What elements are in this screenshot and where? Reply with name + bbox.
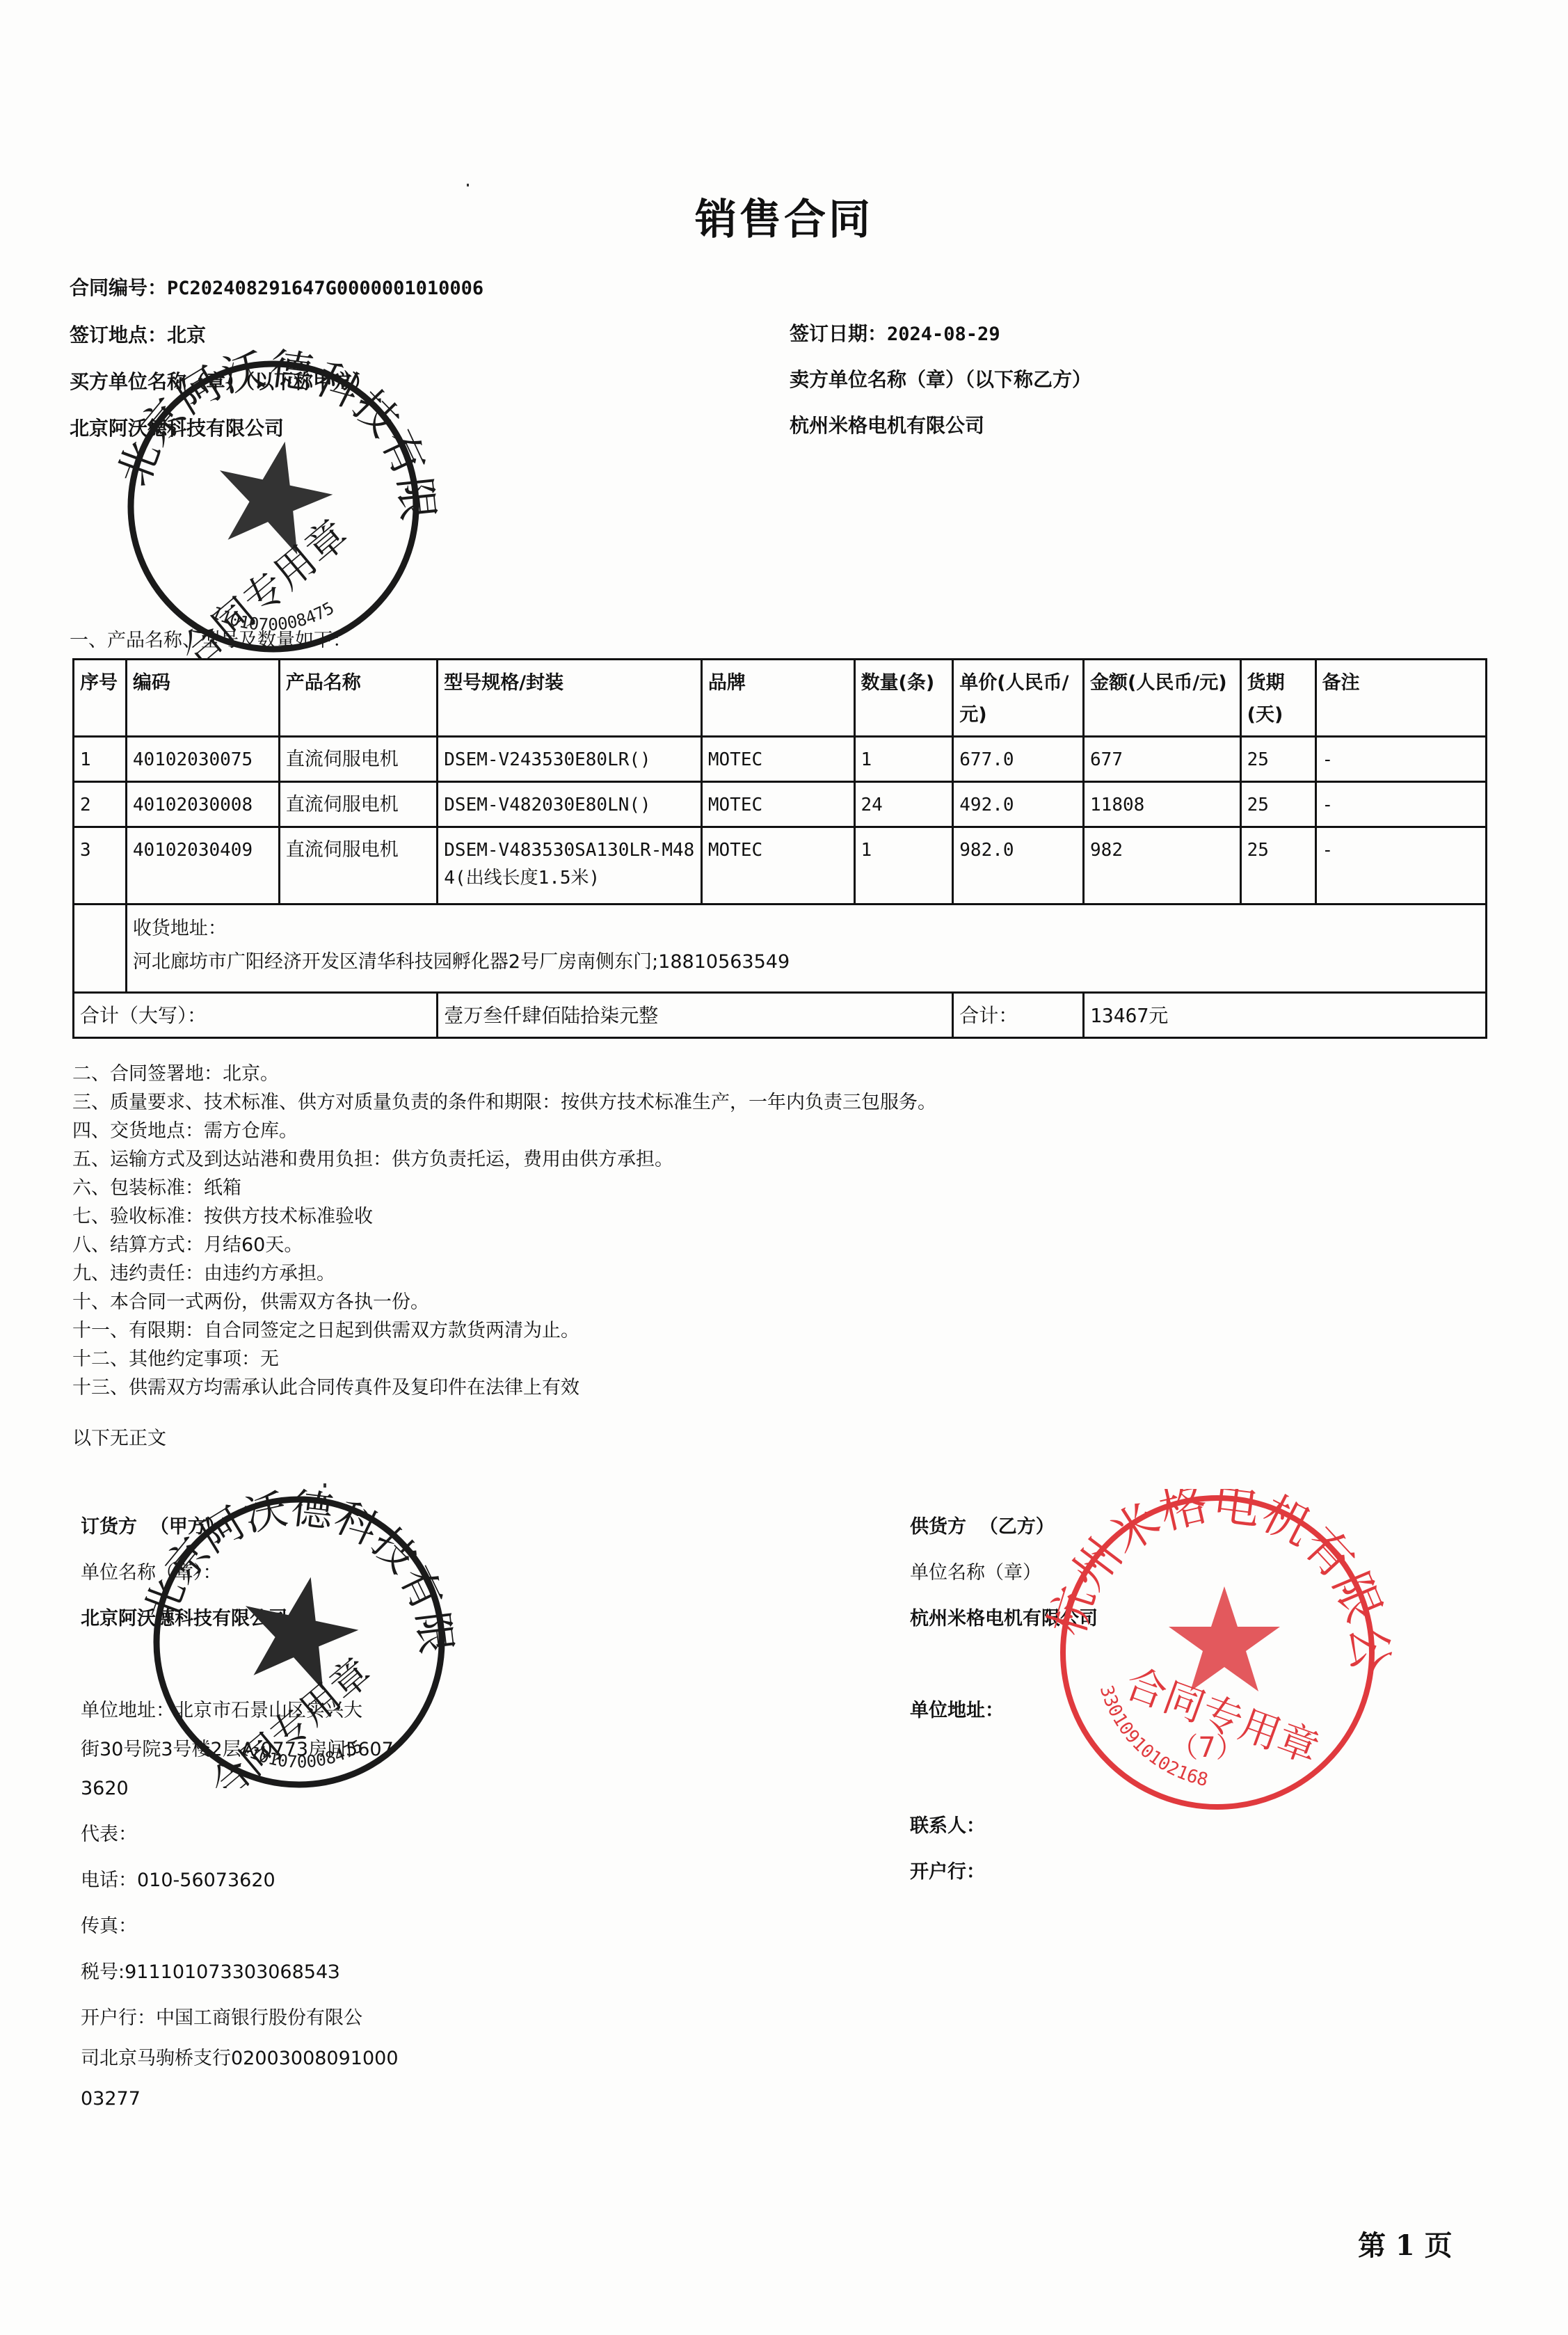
cell-brand: MOTEC <box>701 827 854 904</box>
cell-amount: 677 <box>1084 737 1241 782</box>
buyer-tax-label: 税号: <box>81 1961 125 1983</box>
delivery-address-row: 收货地址： 河北廊坊市广阳经济开发区清华科技园孵化器2号厂房南侧东门;18810… <box>74 904 1487 993</box>
clause-4: 四、交货地点：需方仓库。 <box>72 1117 936 1145</box>
cell-amount: 982 <box>1084 827 1241 904</box>
total-amount: 13467元 <box>1084 993 1487 1038</box>
buyer-rep-label: 代表： <box>81 1812 399 1858</box>
sign-date: 2024-08-29 <box>887 324 1000 345</box>
clause-9: 九、违约责任：由违约方承担。 <box>72 1259 936 1288</box>
buyer-unit-name: 北京阿沃德科技有限公司 <box>81 1596 399 1642</box>
clause-3: 三、质量要求、技术标准、供方对质量负责的条件和期限：按供方技术标准生产，一年内负… <box>72 1088 936 1117</box>
end-of-text-note: 以下无正文 <box>72 1423 166 1450</box>
contract-number-row: 合同编号：PC20240829164​7G0000001010006 <box>70 273 483 301</box>
sign-place-row: 签订地点：北京 <box>70 320 206 348</box>
contract-clauses: 二、合同签署地：北京。 三、质量要求、技术标准、供方对质量负责的条件和期限：按供… <box>72 1060 936 1402</box>
table-header-row: 序号 编码 产品名称 型号规格/封装 品牌 数量(条) 单价(人民币/元) 金额… <box>74 660 1487 737</box>
total-upper-label: 合计（大写）： <box>74 993 438 1038</box>
clause-10: 十、本合同一式两份，供需双方各执一份。 <box>72 1288 936 1316</box>
sign-date-row: 签订日期：2024-08-29 <box>790 319 1000 346</box>
clause-13: 十三、供需双方均需承认此合同传真件及复印件在法律上有效 <box>72 1373 936 1402</box>
cell-lead-days: 25 <box>1240 737 1315 782</box>
contract-number-label: 合同编号： <box>70 276 167 299</box>
col-header-qty: 数量(条) <box>854 660 953 737</box>
cell-name: 直流伺服电机 <box>279 827 437 904</box>
speck <box>467 184 469 186</box>
cell-lead-days: 25 <box>1240 782 1315 827</box>
cell-remark: - <box>1315 737 1486 782</box>
col-header-amount: 金额(人民币/元) <box>1084 660 1241 737</box>
col-header-unit-price: 单价(人民币/元) <box>953 660 1084 737</box>
clause-2: 二、合同签署地：北京。 <box>72 1060 936 1088</box>
clause-7: 七、验收标准：按供方技术标准验收 <box>72 1202 936 1231</box>
buyer-address-line1: 北京市石景山区实兴大 <box>175 1700 362 1721</box>
cell-unit-price: 492.0 <box>953 782 1084 827</box>
delivery-address-label: 收货地址： <box>133 912 1481 946</box>
seller-bank-label: 开户行： <box>910 1849 1098 1895</box>
buyer-bank-line3: 03277 <box>81 2076 399 2122</box>
buyer-address-label: 单位地址： <box>81 1700 175 1721</box>
table-row: 1 40102030075 直流伺服电机 DSEM-V243530E80LR()… <box>74 737 1487 782</box>
sign-date-label: 签订日期： <box>790 322 887 345</box>
cell-code: 40102030008 <box>126 782 279 827</box>
buyer-phone: 电话：010-56073620 <box>81 1858 399 1904</box>
clause-5: 五、运输方式及到达站港和费用负担：供方负责托运，费用由供方承担。 <box>72 1145 936 1174</box>
col-header-model: 型号规格/封装 <box>438 660 702 737</box>
sign-place: 北京 <box>167 324 206 346</box>
clause-6: 六、包装标准：纸箱 <box>72 1174 936 1202</box>
cell-no: 1 <box>74 737 127 782</box>
seller-unit-name-label: 单位名称（章） <box>910 1550 1098 1596</box>
speck <box>323 1483 326 1488</box>
cell-qty: 1 <box>854 737 953 782</box>
delivery-address-cell: 收货地址： 河北廊坊市广阳经济开发区清华科技园孵化器2号厂房南侧东门;18810… <box>126 904 1486 993</box>
total-label: 合计： <box>953 993 1084 1038</box>
cell-model: DSEM-V243530E80LR() <box>438 737 702 782</box>
buyer-bank-label: 开户行： <box>81 2007 156 2029</box>
contract-number: PC20240829164​7G0000001010006 <box>167 278 483 299</box>
cell-qty: 1 <box>854 827 953 904</box>
seller-stamp-center-text: 合同专用章 <box>1119 1659 1325 1773</box>
address-spacer-cell <box>74 904 127 993</box>
cell-model: DSEM-V482030E80LN() <box>438 782 702 827</box>
buyer-fax-label: 传真： <box>81 1904 399 1950</box>
buyer-block: 订货方 （甲方） 单位名称（章）： 北京阿沃德科技有限公司 单位地址：北京市石景… <box>81 1504 399 2122</box>
delivery-address: 河北廊坊市广阳经济开发区清华科技园孵化器2号厂房南侧东门;18810563549 <box>133 946 1481 979</box>
buyer-bank-line2: 司北京马驹桥支行02003008091000 <box>81 2036 399 2082</box>
col-header-no: 序号 <box>74 660 127 737</box>
svg-text:3301091010216​8: 3301091010216​8 <box>1096 1683 1210 1791</box>
clause-8: 八、结算方式：月结60天。 <box>72 1231 936 1259</box>
cell-name: 直流伺服电机 <box>279 782 437 827</box>
col-header-code: 编码 <box>126 660 279 737</box>
buyer-bank-line1: 中国工商银行股份有限公 <box>156 2007 362 2029</box>
clause-11: 十一、有限期：自合同签定之日起到供需双方款货两清为止。 <box>72 1316 936 1345</box>
cell-remark: - <box>1315 827 1486 904</box>
buyer-label: 买方单位名称（章）（以下称甲方） <box>70 367 371 395</box>
cell-brand: MOTEC <box>701 782 854 827</box>
cell-qty: 24 <box>854 782 953 827</box>
total-upper: 壹万叁仟肆佰陆拾柒元整 <box>438 993 953 1038</box>
buyer-phone-value: 010-56073620 <box>137 1870 275 1891</box>
seller-name: 杭州米格电机有限公司 <box>790 411 984 438</box>
clause-12: 十二、其他约定事项：无 <box>72 1345 936 1373</box>
page-number: 第 1 页 <box>1358 2224 1453 2263</box>
sign-place-label: 签订地点： <box>70 324 167 346</box>
buyer-unit-name-label: 单位名称（章）： <box>81 1550 399 1596</box>
col-header-brand: 品牌 <box>701 660 854 737</box>
cell-model: DSEM-V483530SA130LR-M484(出线长度1.5米) <box>438 827 702 904</box>
col-header-remark: 备注 <box>1315 660 1486 737</box>
seller-contact-label: 联系人： <box>910 1803 1098 1849</box>
buyer-tax: 税号:91110107330306854З <box>81 1950 399 1995</box>
product-table: 序号 编码 产品名称 型号规格/封装 品牌 数量(条) 单价(人民币/元) 金额… <box>72 658 1487 1039</box>
col-header-lead-days: 货期(天) <box>1240 660 1315 737</box>
table-row: 2 40102030008 直流伺服电机 DSEM-V482030E80LN()… <box>74 782 1487 827</box>
cell-lead-days: 25 <box>1240 827 1315 904</box>
cell-code: 40102030075 <box>126 737 279 782</box>
seller-block: 供货方 （乙方） 单位名称（章） 杭州米格电机有限公司 单位地址： 联系人： 开… <box>910 1504 1098 1895</box>
seller-unit-name: 杭州米格电机有限公司 <box>910 1596 1098 1642</box>
speck <box>323 1496 326 1500</box>
document-title: 销售合同 <box>0 186 1568 246</box>
buyer-bank: 开户行：中国工商银行股份有限公 <box>81 1995 399 2041</box>
cell-no: 2 <box>74 782 127 827</box>
table-row: 3 40102030409 直流伺服电机 DSEM-V483530SA130LR… <box>74 827 1487 904</box>
seller-label: 卖方单位名称（章）（以下称乙方） <box>790 365 1091 392</box>
buyer-block-heading: 订货方 （甲方） <box>81 1504 399 1550</box>
seller-stamp-sub: （7） <box>1170 1732 1243 1764</box>
seller-address-label: 单位地址： <box>910 1688 1098 1734</box>
cell-unit-price: 982.0 <box>953 827 1084 904</box>
cell-unit-price: 677.0 <box>953 737 1084 782</box>
cell-no: 3 <box>74 827 127 904</box>
buyer-tax-number: 91110107330306854З <box>125 1961 339 1983</box>
seller-stamp-code: 3301091010216​8 <box>1096 1683 1210 1791</box>
cell-name: 直流伺服电机 <box>279 737 437 782</box>
cell-remark: - <box>1315 782 1486 827</box>
cell-code: 40102030409 <box>126 827 279 904</box>
total-row: 合计（大写）： 壹万叁仟肆佰陆拾柒元整 合计： 13467元 <box>74 993 1487 1038</box>
buyer-phone-label: 电话： <box>81 1870 137 1891</box>
section-1-heading: 一、产品名称、型号及数量如下： <box>70 625 351 652</box>
col-header-name: 产品名称 <box>279 660 437 737</box>
cell-brand: MOTEC <box>701 737 854 782</box>
seller-block-heading: 供货方 （乙方） <box>910 1504 1098 1550</box>
buyer-name: 北京阿沃德科技有限公司 <box>70 413 284 441</box>
cell-amount: 11808 <box>1084 782 1241 827</box>
